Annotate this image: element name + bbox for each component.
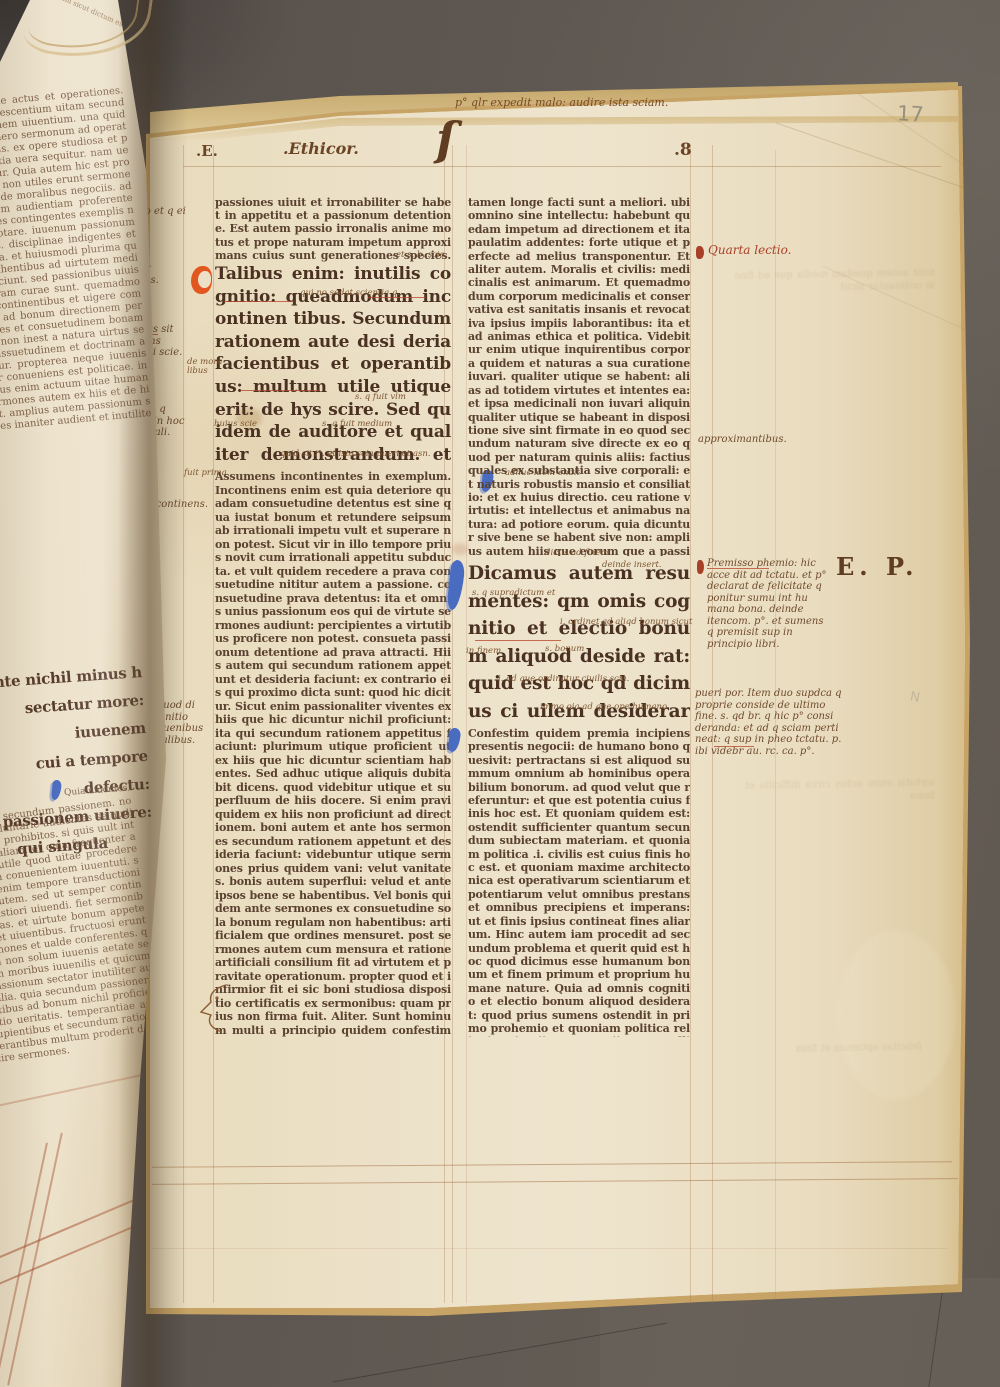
red-paraph: [697, 560, 704, 574]
red-underline: [714, 746, 754, 747]
interlinear-gloss: deinde insert.: [602, 560, 662, 570]
interlinear-gloss: s. q fuit vlm: [355, 392, 406, 402]
margin-face-doodle: [196, 982, 230, 1038]
ruling-line-h: [152, 1248, 947, 1249]
show-through-text: felicitas optimum et finis: [742, 1040, 923, 1099]
col1-commentary: Assumens incontinentes in exemplum. Inco…: [215, 470, 451, 1038]
red-underline: [475, 640, 561, 641]
red-underline: [368, 297, 426, 298]
col2-top-commentary: tamen longe facti sunt a meliori. ubi om…: [468, 196, 690, 556]
interlinear-gloss: in finem: [466, 646, 501, 656]
header-mark-right: .8: [674, 140, 692, 160]
col2-bottom-commentary: Confestim quidem premia incipiens presen…: [468, 727, 690, 1037]
chapter-letters: E. P.: [836, 552, 918, 581]
interlinear-gloss: dictis ad finem.: [545, 548, 611, 558]
ruling-line-h: [183, 166, 941, 167]
interlinear-gloss: i. ordinet ad aliqd bonum sicut: [560, 617, 692, 627]
interlinear-gloss: huius scie: [214, 419, 257, 429]
ruling-line: [452, 145, 453, 1303]
manuscript-photo: 17 N p° qlr expedit malo: audire ista sc…: [0, 0, 1000, 1387]
header-title: .Ethicor.: [283, 139, 359, 158]
red-underline: [224, 301, 294, 302]
header-book-numeral: ſ: [436, 112, 456, 166]
interlinear-gloss: et s. b. scie: [396, 250, 445, 260]
interlinear-gloss: i. ad que ordinatur ciuilis scia.: [498, 674, 629, 684]
ruling-line: [213, 145, 214, 1303]
red-paraph: [696, 246, 704, 259]
top-margin-annotation: p° qlr expedit malo: audire ista sciam.: [455, 96, 715, 109]
interlinear-gloss: de mora libus: [187, 358, 231, 376]
interlinear-gloss: s. q supradictum et: [472, 588, 555, 598]
folio-number: 17: [896, 101, 924, 126]
margin-note-premisso: Premisso phemio: hic acce dit ad tctatu.…: [707, 558, 831, 650]
interlinear-gloss: quid sit i°. et ista scia pueri et asn.: [280, 449, 431, 459]
show-through-text: uirtutis enim actus circa difficilia et …: [744, 776, 935, 845]
red-underline: [707, 568, 769, 569]
lectio-marker: Quarta lectio.: [708, 245, 791, 257]
interlinear-gloss: immo oia ad que ope humano: [540, 702, 667, 712]
show-through-text: sunt autem quedam media que ad finem ord…: [735, 266, 936, 327]
header-mark-left: .E.: [196, 142, 218, 160]
margin-note-approximantibus: approximantibus.: [698, 434, 787, 446]
ruling-line: [466, 145, 467, 1303]
interlinear-gloss: s. bonum: [545, 644, 584, 654]
red-underline: [240, 390, 320, 391]
red-initial-paraph: [191, 266, 212, 294]
ruling-line: [690, 145, 691, 1303]
interlinear-gloss: s. q fuit medium: [322, 419, 392, 429]
